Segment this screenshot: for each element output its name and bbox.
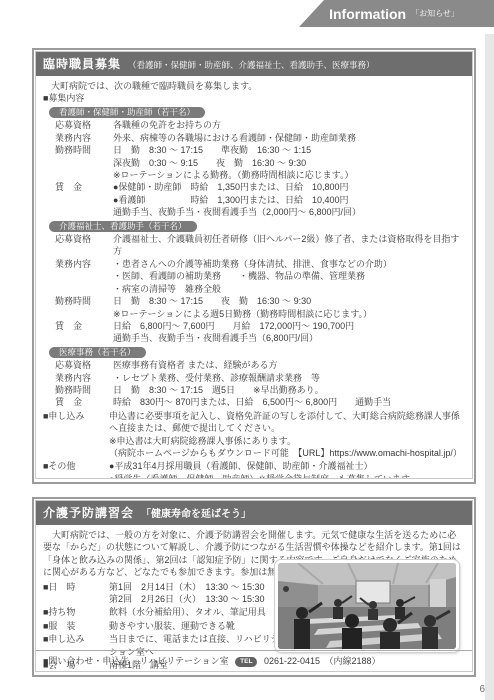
tel-icon: TEL — [235, 657, 257, 667]
detail-row: ■日 時 第1回 2月14日（木） 13:30 ～ 15:30 第2回 2月26… — [43, 581, 295, 606]
detail-row: 業務内容 ・患者さんへの介護等補助業務（身体清拭、排泄、食事などの介助） ・医師… — [43, 258, 465, 295]
section-medical-clerk: 医療事務（若干名） 応募資格 医療事務有資格者 または、経験がある方 業務内容 … — [43, 345, 465, 409]
contact-phone: 0261-22-0415 （内線2188） — [264, 656, 381, 666]
other-row: ■その他 ●平成31年4月採用職員（看護師、保健師、助産師・介護福祉士） ●奨学… — [43, 460, 465, 479]
lecture-title-bar: 介護予防講習会 「健康寿命を延ばそう」 — [36, 501, 472, 525]
information-banner: Information 「お知らせ」 — [294, 0, 494, 27]
recruitment-title: 臨時職員募集 — [43, 55, 121, 72]
detail-row: 賃 金 ●保健師・助産師 時給 1,350円または、日給 10,800円 ●看護… — [43, 181, 465, 218]
section-pill: 医療事務（若干名） — [49, 347, 146, 359]
contact-office: リハビリテーション室 — [139, 656, 228, 666]
recruitment-content: 大町病院では、次の職種で臨時職員を募集します。 ■募集内容 看護師・保健師・助産… — [36, 76, 472, 479]
detail-row: 応募資格 介護福祉士、介護職員初任者研修（旧ヘルパー2級）修了者、または資格取得… — [43, 233, 465, 258]
section-careworker: 介護福祉士、看護助手（若干名） 応募資格 介護福祉士、介護職員初任者研修（旧ヘル… — [43, 219, 465, 345]
recruitment-content-heading: ■募集内容 — [43, 92, 465, 104]
lecture-room-photo — [275, 560, 459, 652]
detail-row: 賃 金 時給 830円～ 870円または、日給 6,500円～ 6,800円 通… — [43, 396, 465, 408]
banner-subtitle: 「お知らせ」 — [411, 8, 459, 19]
detail-row: 賃 金 日給 6,800円～ 7,600円 月給 172,000円～ 190,7… — [43, 320, 465, 345]
detail-row: 応募資格 各職種の免許をお持ちの方 — [43, 119, 465, 131]
section-pill: 介護福祉士、看護助手（若干名） — [49, 221, 197, 233]
recruitment-title-note: （看護師・保健師・助産師、介護福祉士、看護助手、医療事務） — [128, 59, 375, 71]
scanned-newsletter-page: Information 「お知らせ」 臨時職員募集 （看護師・保健師・助産師、介… — [0, 0, 494, 700]
lecture-contact-row: ■問い合わせ・申込先 リハビリテーション室 TEL 0261-22-0415 （… — [36, 650, 472, 671]
lecture-title: 介護予防講習会 — [43, 504, 134, 521]
download-url-line: （病院ホームページからもダウンロード可能 【URL】https://www.om… — [109, 447, 465, 459]
page-edge-shadow — [485, 34, 494, 700]
section-pill: 看護師・保健師・助産師（若干名） — [49, 107, 205, 119]
detail-row: ■持ち物 飲料（水分補給用）、タオル、筆記用具 — [43, 606, 295, 618]
banner-title: Information — [329, 6, 406, 22]
detail-row: 業務内容 ・レセプト業務、受付業務、診療報酬請求業務 等 — [43, 372, 465, 384]
recruitment-title-bar: 臨時職員募集 （看護師・保健師・助産師、介護福祉士、看護助手、医療事務） — [36, 52, 472, 76]
apply-row: ■申し込み 申込書に必要事項を記入し、資格免許証の写しを添付して、大町総合病院総… — [43, 410, 465, 460]
page-number: 6 — [479, 684, 485, 695]
detail-row: 勤務時間 日 勤 8:30 ～ 17:15 夜 勤 16:30 ～ 9:30 ※… — [43, 295, 465, 320]
detail-row: ■服 装 動きやすい服装、運動できる靴 — [43, 620, 295, 632]
recruitment-box: 臨時職員募集 （看護師・保健師・助産師、介護福祉士、看護助手、医療事務） 大町病… — [32, 48, 476, 484]
detail-row: 応募資格 医療事務有資格者 または、経験がある方 — [43, 359, 465, 371]
recruitment-intro: 大町病院では、次の職種で臨時職員を募集します。 — [43, 80, 465, 92]
lecture-subtitle: 「健康寿命を延ばそう」 — [141, 505, 251, 520]
detail-row: 勤務時間 日 勤 8:30 ～ 17:15 週5日 ※早出勤務あり。 — [43, 384, 465, 396]
lecture-box-inner: 介護予防講習会 「健康寿命を延ばそう」 大町病院では、一般の方を対象に、介護予防… — [35, 500, 473, 672]
detail-row: 業務内容 外来、病棟等の各職場における看護師・保健師・助産師業務 — [43, 132, 465, 144]
lecture-box: 介護予防講習会 「健康寿命を延ばそう」 大町病院では、一般の方を対象に、介護予防… — [32, 497, 476, 677]
recruitment-box-inner: 臨時職員募集 （看護師・保健師・助産師、介護福祉士、看護助手、医療事務） 大町病… — [35, 51, 473, 479]
detail-row: 勤務時間 日 勤 8:30 ～ 17:15 準夜勤 16:30 ～ 1:15 深… — [43, 144, 465, 181]
section-nurse: 看護師・保健師・助産師（若干名） 応募資格 各職種の免許をお持ちの方 業務内容 … — [43, 105, 465, 219]
